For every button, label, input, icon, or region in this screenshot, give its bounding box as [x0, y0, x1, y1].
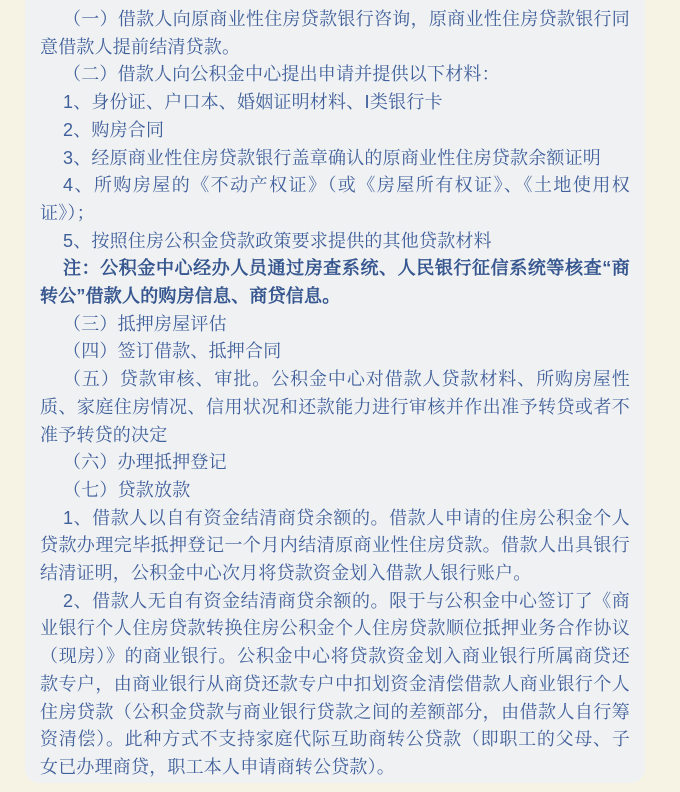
body-paragraph: 3、经原商业性住房贷款银行盖章确认的原商业性住房贷款余额证明 — [40, 145, 630, 173]
body-paragraph: 2、购房合同 — [40, 117, 630, 145]
body-paragraph: （一）借款人向原商业性住房贷款银行咨询，原商业性住房贷款银行同意借款人提前结清贷… — [40, 6, 630, 61]
body-paragraph: （三）抵押房屋评估 — [40, 311, 630, 339]
body-paragraph: 5、按照住房公积金贷款政策要求提供的其他贷款材料 — [40, 228, 630, 256]
body-paragraph: 1、身份证、户口本、婚姻证明材料、Ⅰ类银行卡 — [40, 89, 630, 117]
note-paragraph: 注：公积金中心经办人员通过房查系统、人民银行征信系统等核查“商转公”借款人的购房… — [40, 255, 630, 310]
body-paragraph: （四）签订借款、抵押合同 — [40, 338, 630, 366]
article-content-area: （一）借款人向原商业性住房贷款银行咨询，原商业性住房贷款银行同意借款人提前结清贷… — [25, 0, 645, 783]
body-paragraph: （七）贷款放款 — [40, 477, 630, 505]
body-paragraph: 4、所购房屋的《不动产权证》（或《房屋所有权证》、《土地使用权证》）； — [40, 172, 630, 227]
page-background: （一）借款人向原商业性住房贷款银行咨询，原商业性住房贷款银行同意借款人提前结清贷… — [0, 0, 680, 792]
body-paragraph: （二）借款人向公积金中心提出申请并提供以下材料： — [40, 61, 630, 89]
body-paragraph: 2、借款人无自有资金结清商贷余额的。限于与公积金中心签订了《商业银行个人住房贷款… — [40, 588, 630, 782]
body-paragraph: （五）贷款审核、审批。公积金中心对借款人贷款材料、所购房屋性质、家庭住房情况、信… — [40, 366, 630, 449]
body-paragraph: （六）办理抵押登记 — [40, 449, 630, 477]
body-paragraph: 1、借款人以自有资金结清商贷余额的。借款人申请的住房公积金个人贷款办理完毕抵押登… — [40, 505, 630, 588]
